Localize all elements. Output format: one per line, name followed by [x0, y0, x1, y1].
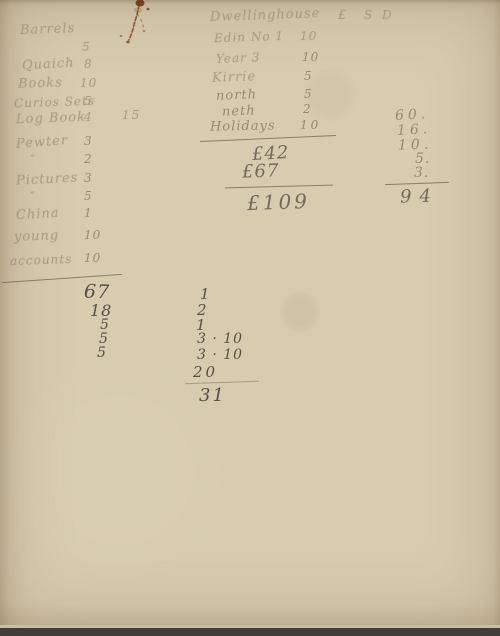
- ledger-page: Barrels 5 Quaich 8 Books 10 Curios Sets …: [0, 0, 500, 628]
- item-label: ″: [30, 190, 36, 205]
- ink-stain: [108, 0, 178, 52]
- item-label: young: [14, 228, 60, 245]
- calc-total-rule: [185, 381, 259, 385]
- item-label: Kirrie: [212, 69, 257, 86]
- item-label: accounts: [10, 252, 73, 268]
- item-value: 1: [84, 206, 93, 220]
- item-label: neth: [222, 103, 256, 119]
- sum-figure: 5: [97, 345, 107, 361]
- calc-figure: 3 · 10: [197, 347, 243, 363]
- column-header: Dwellinghouse: [210, 6, 321, 25]
- item-value: 5: [82, 40, 91, 54]
- shillings-total-rule: [385, 182, 449, 185]
- item-label: Year 3: [216, 50, 261, 66]
- pounds-letter: £: [338, 8, 347, 23]
- item-value: 5: [304, 87, 313, 101]
- item-label: Books: [18, 75, 63, 92]
- item-value: 5: [304, 69, 313, 83]
- subtotal-2: £67: [242, 160, 280, 182]
- item-value: 5: [84, 189, 93, 203]
- item-value: 10: [80, 76, 97, 90]
- grand-total: £109: [247, 189, 311, 215]
- item-value: 5: [84, 94, 93, 108]
- item-label: Quaich: [22, 56, 75, 74]
- total-rule: [225, 185, 333, 189]
- sum-figure: 67: [84, 281, 111, 304]
- shillings-total: 94: [400, 185, 440, 207]
- item-value: 10: [302, 50, 319, 64]
- item-label: Holidays: [210, 118, 276, 134]
- item-label: China: [16, 206, 60, 223]
- item-value: 10: [84, 251, 101, 265]
- calc-figure: 20: [193, 363, 218, 381]
- item-label: Barrels: [20, 21, 76, 38]
- calc-total: 31: [199, 385, 226, 406]
- item-value: 2: [84, 152, 93, 166]
- item-value: 10: [84, 228, 101, 242]
- item-value: 10: [300, 29, 317, 43]
- item-value: 3: [84, 171, 93, 185]
- item-label: ″: [30, 153, 36, 168]
- pence-letter: D: [382, 8, 393, 22]
- item-label: Pictures: [16, 170, 79, 188]
- item-value: 4: [84, 110, 93, 124]
- figure: 3.: [414, 165, 429, 181]
- item-value: 8: [84, 57, 93, 71]
- item-label: Log Book: [16, 110, 86, 127]
- item-value: 10: [300, 118, 321, 132]
- item-value: 3: [84, 134, 93, 148]
- shillings-letter: S: [364, 8, 373, 22]
- side-note: 15: [122, 108, 141, 122]
- calc-figure: 3 · 10: [197, 331, 243, 347]
- item-label: north: [216, 87, 258, 103]
- item-label: Curios Sets: [14, 94, 95, 111]
- item-label: Edin No 1: [214, 29, 284, 45]
- item-value: 2: [303, 102, 312, 116]
- subtotal-rule: [200, 135, 336, 142]
- item-label: Pewter: [16, 133, 69, 152]
